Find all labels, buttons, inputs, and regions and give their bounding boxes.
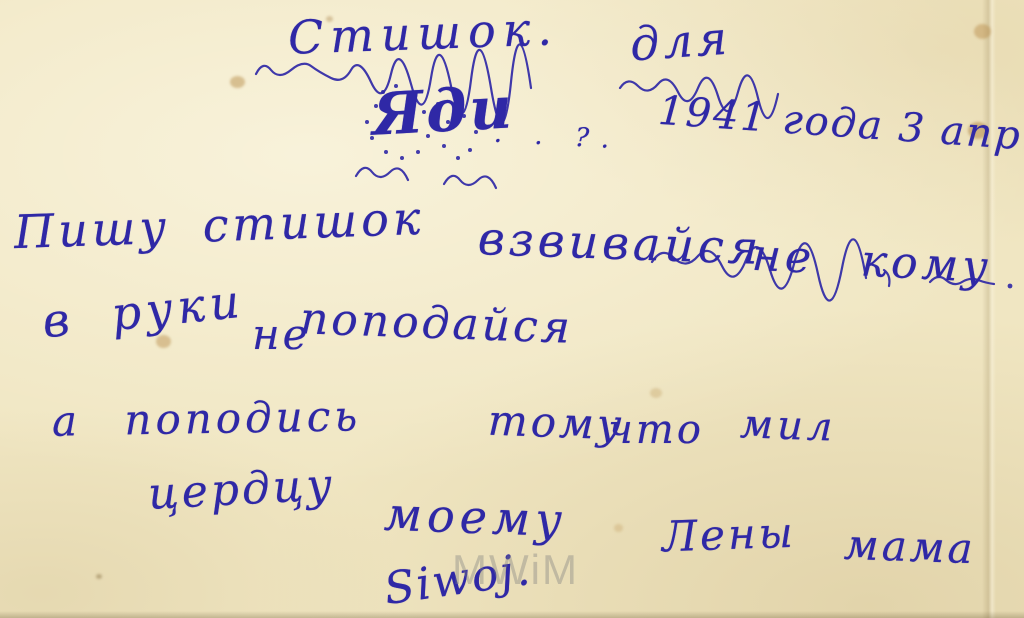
flourish-under-name-2 — [444, 176, 496, 188]
poem-line-1-part-c: не кому — [751, 234, 993, 290]
paper-crease — [982, 0, 996, 618]
poem-line-1-part-b: взвивайся — [477, 215, 763, 271]
word-for: для — [629, 15, 733, 68]
poem-line-4-part-a: цердцу — [147, 463, 336, 517]
age-spot — [650, 388, 662, 398]
paper-edge-shadow — [0, 611, 1024, 618]
museum-watermark: MWiM — [452, 546, 579, 594]
poem-line-1-part-a: Пишу стишок — [13, 195, 425, 255]
age-spot — [156, 335, 171, 348]
ink-dot — [416, 150, 420, 154]
punctuation-marks: . . ?. — [493, 121, 621, 154]
poem-title: Стишок. — [287, 5, 559, 60]
ink-dot — [384, 150, 388, 154]
signoff-mama: мама — [843, 524, 976, 571]
ink-dot — [400, 156, 404, 160]
ink-dot — [1008, 284, 1013, 289]
flourish-under-name-1 — [356, 168, 408, 180]
poem-line-3-part-b: тому — [487, 400, 625, 447]
date-line: 1941 года 3 апр. — [657, 91, 1024, 157]
poem-line-3-part-d: мил — [739, 404, 837, 447]
ink-dot — [365, 120, 369, 124]
postcard-scan: Стишок. для Яди . . ?. 1941 года 3 апр. … — [0, 0, 1024, 618]
poem-line-3-part-a: а поподись — [52, 395, 362, 442]
age-spot — [230, 76, 245, 88]
age-spot — [614, 524, 623, 532]
ink-dot — [456, 156, 460, 160]
poem-line-3-part-c: что — [608, 410, 704, 450]
poem-line-2-part-c: поподайся — [299, 297, 573, 350]
signoff-name: Лены — [661, 512, 796, 559]
ink-dot — [468, 148, 472, 152]
poem-line-4-part-b: моему — [383, 491, 567, 543]
age-spot — [96, 574, 102, 579]
age-spot — [974, 24, 991, 39]
poem-line-2-part-a: в руки — [40, 278, 246, 345]
